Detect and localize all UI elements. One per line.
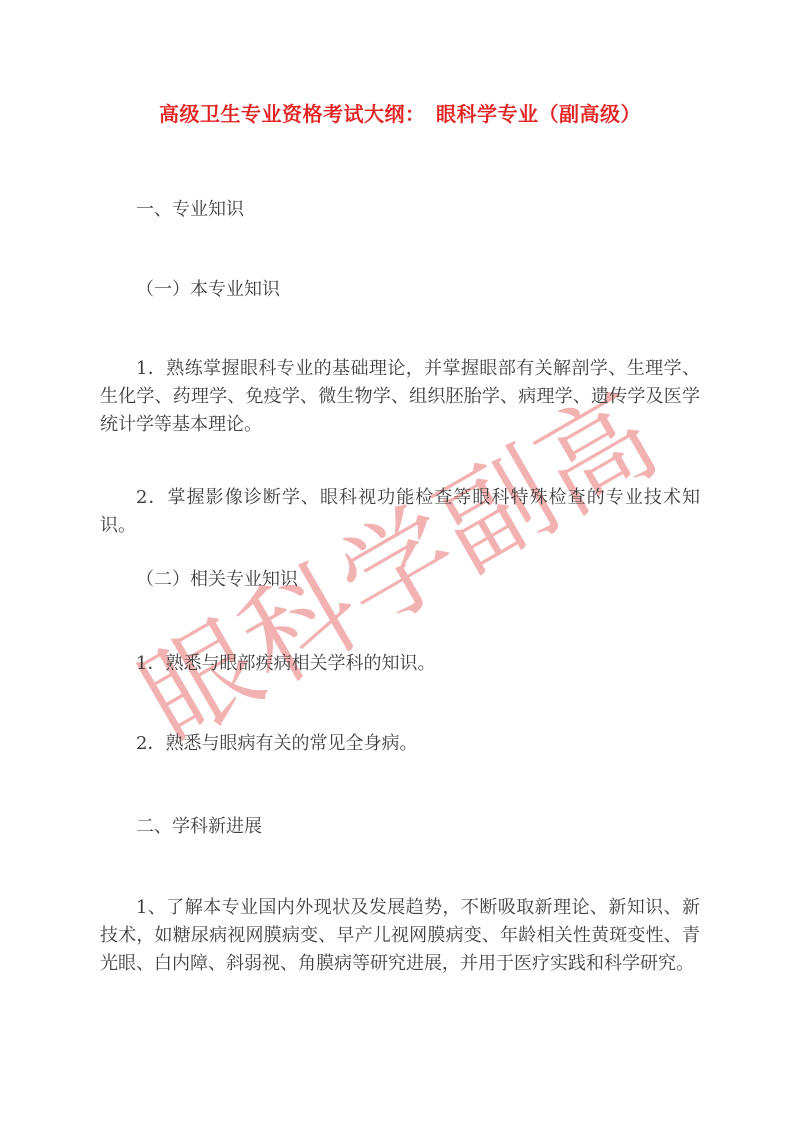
- paragraph-systemic-diseases: 2．熟悉与眼病有关的常见全身病。: [100, 730, 700, 758]
- subheading-related-specialty-knowledge: （二）相关专业知识: [100, 566, 700, 594]
- paragraph-research-progress: 1、了解本专业国内外现状及发展趋势，不断吸取新理论、新知识、新技术，如糖尿病视网…: [100, 894, 700, 978]
- paragraph-basic-theory: 1．熟练掌握眼科专业的基础理论，并掌握眼部有关解剖学、生理学、生化学、药理学、免…: [100, 355, 700, 439]
- heading-professional-knowledge: 一、专业知识: [100, 196, 700, 224]
- subheading-own-specialty-knowledge: （一）本专业知识: [100, 276, 700, 304]
- paragraph-related-disciplines: 1．熟悉与眼部疾病相关学科的知识。: [100, 650, 700, 678]
- heading-discipline-new-progress: 二、学科新进展: [100, 813, 700, 841]
- document-page: 眼科学副高 高级卫生专业资格考试大纲： 眼科学专业（副高级） 一、专业知识 （一…: [0, 0, 800, 1132]
- doc-title: 高级卫生专业资格考试大纲： 眼科学专业（副高级）: [0, 100, 800, 128]
- paragraph-special-examination: 2．掌握影像诊断学、眼科视功能检查等眼科特殊检查的专业技术知识。: [100, 484, 700, 540]
